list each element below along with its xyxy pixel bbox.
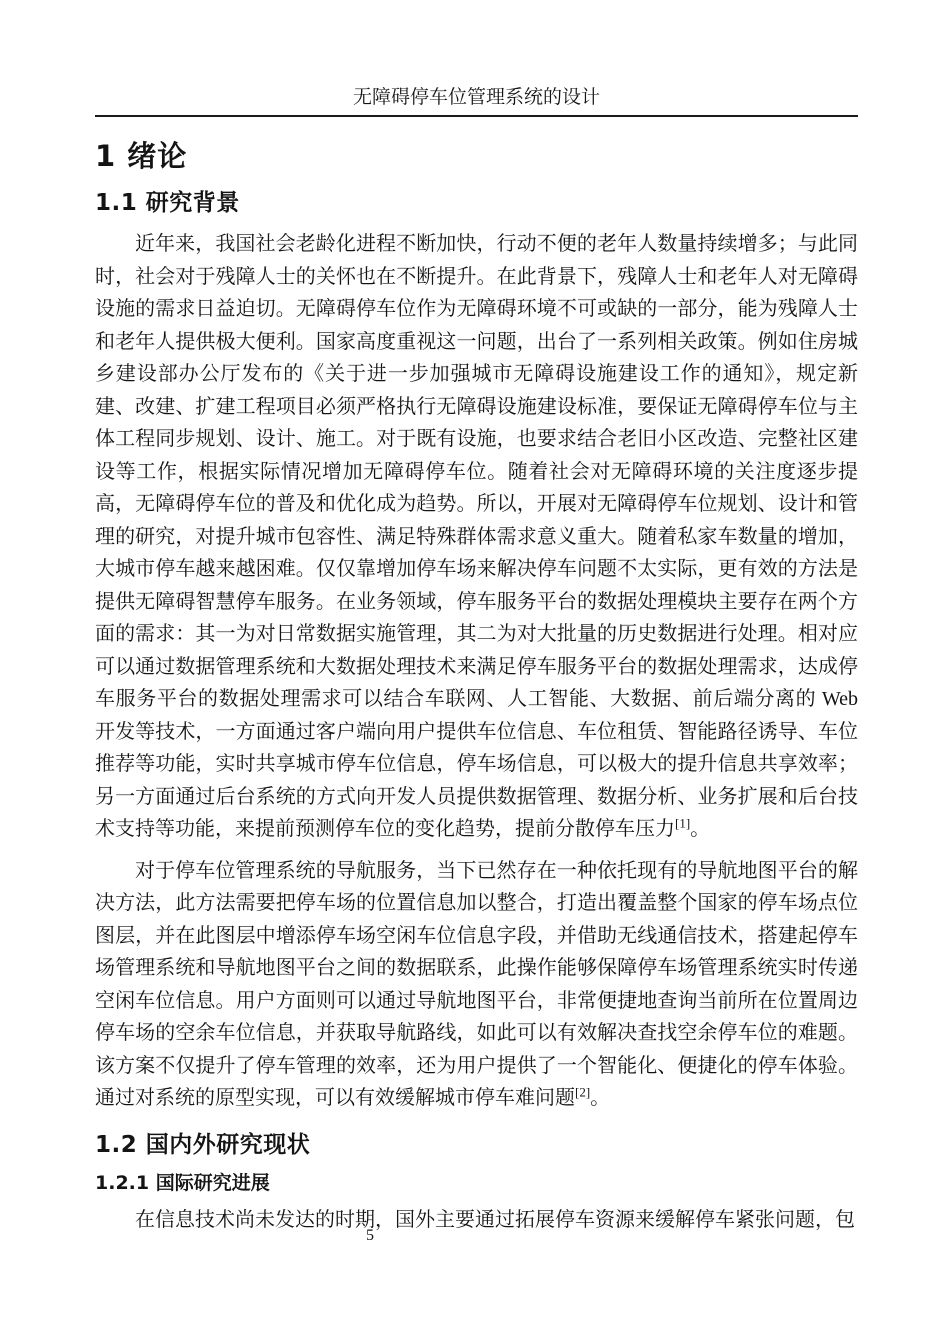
paragraph-end-punctuation: 。 bbox=[690, 818, 710, 840]
running-title: 无障碍停车位管理系统的设计 bbox=[353, 87, 600, 108]
paragraph-end-punctuation: 。 bbox=[590, 1087, 610, 1109]
paragraph-international-research: 在信息技术尚未发达的时期，国外主要通过拓展停车资源来缓解停车紧张问题，包 bbox=[95, 1204, 858, 1237]
document-page: 无障碍停车位管理系统的设计 1 绪论 1.1 研究背景 近年来，我国社会老龄化进… bbox=[0, 0, 950, 1344]
paragraph-research-background-2: 对于停车位管理系统的导航服务，当下已然存在一种依托现有的导航地图平台的解决方法，… bbox=[95, 855, 858, 1115]
paragraph-research-background-1: 近年来，我国社会老龄化进程不断加快，行动不便的老年人数量持续增多；与此同时，社会… bbox=[95, 228, 858, 846]
paragraph-text: 近年来，我国社会老龄化进程不断加快，行动不便的老年人数量持续增多；与此同时，社会… bbox=[95, 233, 858, 840]
page-number: 5 bbox=[366, 1226, 374, 1246]
citation-ref-2: [2] bbox=[575, 1084, 590, 1099]
section-heading-1-1: 1.1 研究背景 bbox=[95, 190, 858, 217]
subsection-heading-1-2-1: 1.2.1 国际研究进展 bbox=[95, 1172, 858, 1195]
chapter-heading: 1 绪论 bbox=[95, 140, 858, 173]
page-header: 无障碍停车位管理系统的设计 bbox=[95, 86, 858, 117]
citation-ref-1: [1] bbox=[675, 815, 690, 830]
section-heading-1-2: 1.2 国内外研究现状 bbox=[95, 1132, 858, 1159]
paragraph-text: 对于停车位管理系统的导航服务，当下已然存在一种依托现有的导航地图平台的解决方法，… bbox=[95, 860, 858, 1110]
